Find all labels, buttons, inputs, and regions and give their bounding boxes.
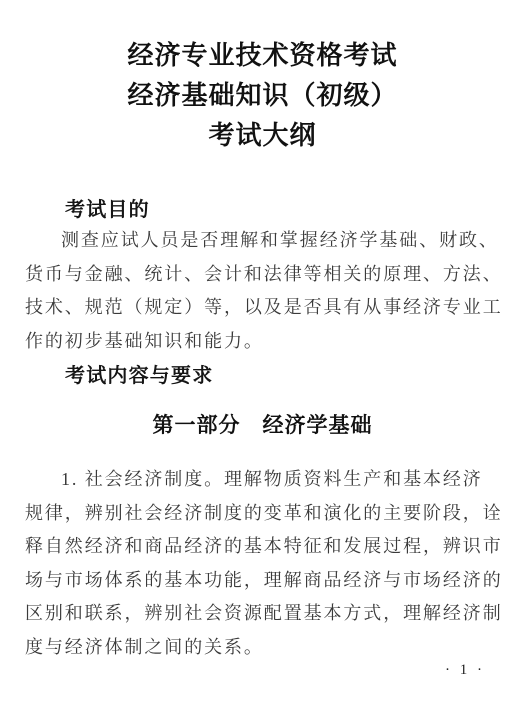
paragraph-line: 度与经济体制之间的关系。 [25, 631, 503, 665]
item-1-paragraph: 1. 社会经济制度。理解物质资料生产和基本经济 规律，辨别社会经济制度的变革和演… [25, 463, 503, 664]
exam-purpose-paragraph: 测查应试人员是否理解和掌握经济学基础、财政、 货币与金融、统计、会计和法律等相关… [25, 224, 503, 358]
title-line-subject: 经济基础知识（初级） [0, 76, 525, 116]
scanned-document-page: 经济专业技术资格考试 经济基础知识（初级） 考试大纲 考试目的 测查应试人员是否… [0, 0, 525, 704]
paragraph-line: 货币与金融、统计、会计和法律等相关的原理、方法、 [25, 258, 503, 292]
paragraph-line: 作的初步基础知识和能力。 [25, 325, 503, 359]
paragraph-line: 场与市场体系的基本功能，理解商品经济与市场经济的 [25, 564, 503, 598]
title-line-exam-name: 经济专业技术资格考试 [0, 36, 525, 76]
paragraph-line: 区别和联系，辨别社会资源配置基本方式，理解经济制 [25, 597, 503, 631]
title-line-outline: 考试大纲 [0, 116, 525, 156]
paragraph-line: 1. 社会经济制度。理解物质资料生产和基本经济 [25, 463, 503, 497]
paragraph-line: 测查应试人员是否理解和掌握经济学基础、财政、 [25, 224, 503, 258]
exam-purpose-heading: 考试目的 [65, 196, 150, 224]
document-title: 经济专业技术资格考试 经济基础知识（初级） 考试大纲 [0, 36, 525, 156]
paragraph-line: 规律，辨别社会经济制度的变革和演化的主要阶段，诠 [25, 497, 503, 531]
paragraph-line: 技术、规范（规定）等，以及是否具有从事经济专业工 [25, 291, 503, 325]
exam-content-heading: 考试内容与要求 [65, 362, 213, 390]
paragraph-line: 释自然经济和商品经济的基本特征和发展过程，辨识市 [25, 530, 503, 564]
page-number: · 1 · [445, 662, 485, 679]
part-one-heading: 第一部分 经济学基础 [0, 410, 525, 440]
